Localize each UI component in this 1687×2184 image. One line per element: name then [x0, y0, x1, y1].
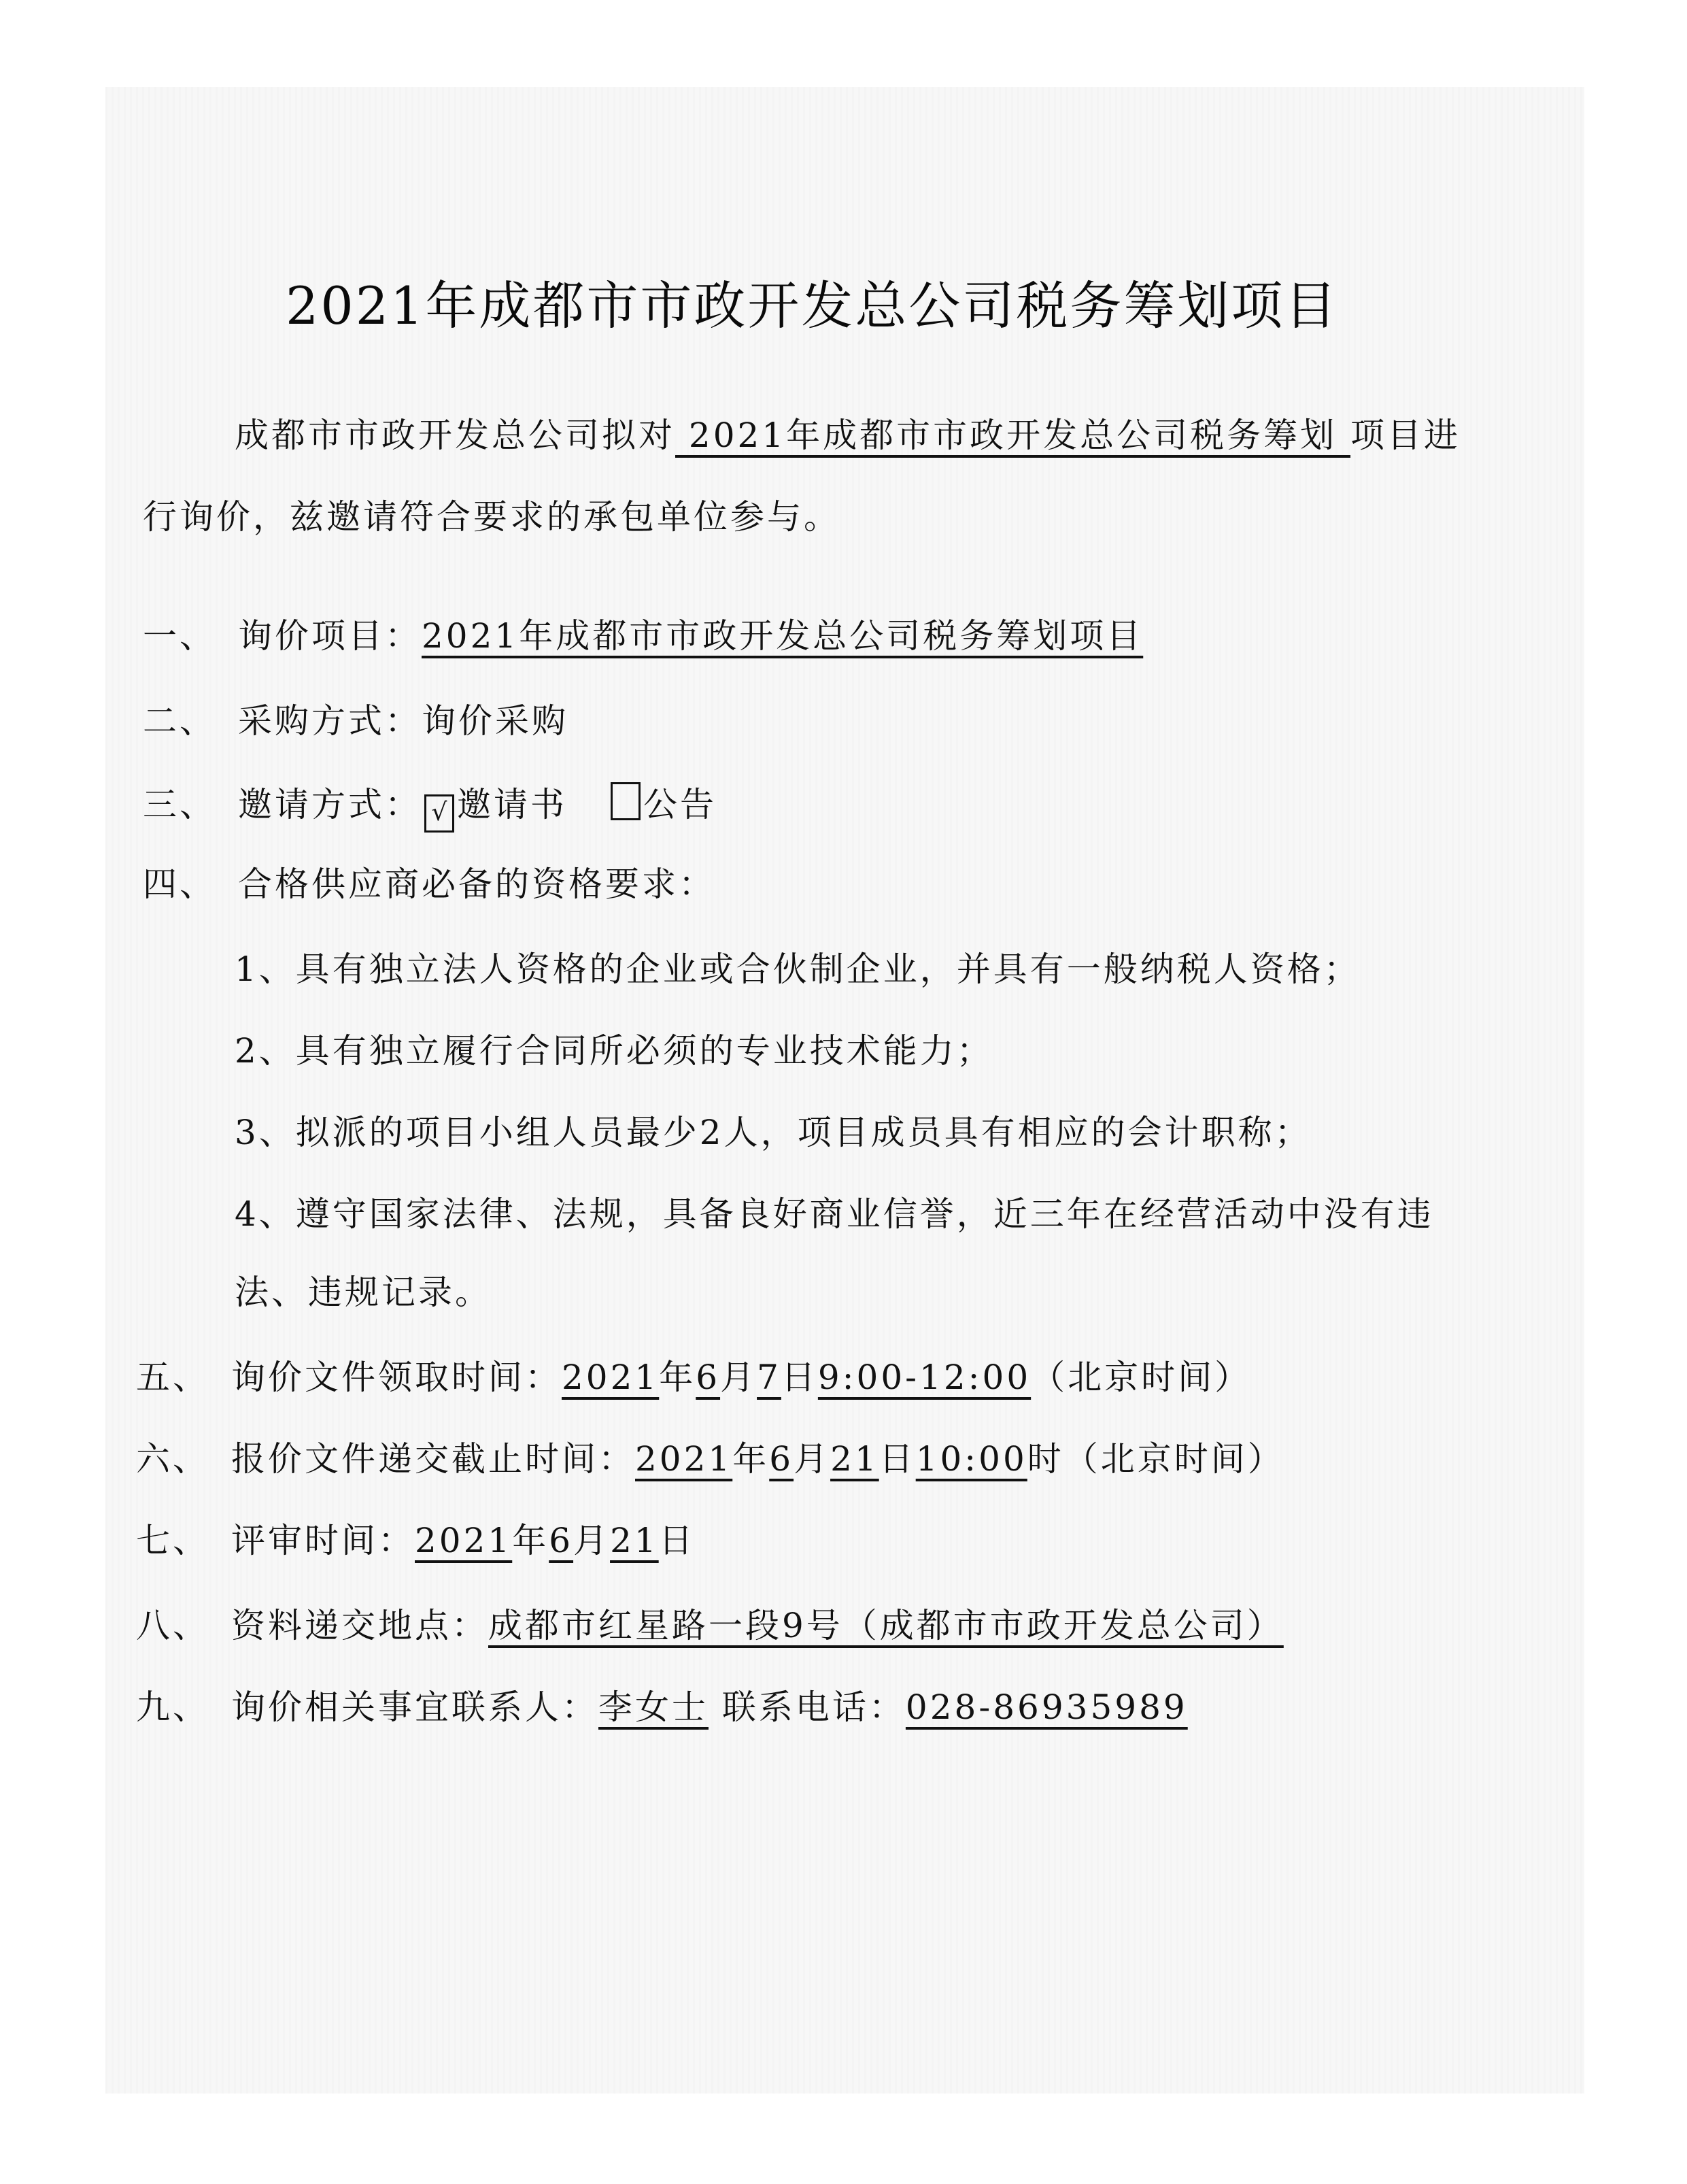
deadline-time: 10:00 [916, 1439, 1027, 1479]
inquiry-project-value: 2021年成都市市政开发总公司税务筹划项目 [422, 616, 1143, 656]
collection-time: 9:00-12:00 [818, 1358, 1031, 1397]
section-document-collection-time: 五、询价文件领取时间：2021年6月7日9:00-12:00（北京时间） [136, 1357, 1251, 1398]
requirement-item-1: 1、具有独立法人资格的企业或合伙制企业，并具有一般纳税人资格； [235, 949, 1361, 990]
month-unit: 月 [720, 1358, 757, 1397]
deadline-year: 2021 [635, 1439, 732, 1479]
section-label: 资料递交地点： [231, 1606, 488, 1645]
deadline-month: 6 [769, 1439, 794, 1479]
collection-year: 2021 [562, 1358, 659, 1397]
section-label: 询价相关事宜联系人： [231, 1687, 598, 1727]
section-label: 采购方式： [238, 701, 422, 741]
section-label: 询价项目： [238, 616, 422, 656]
section-number: 九、 [136, 1687, 231, 1728]
requirement-item-4-cont: 法、违规记录。 [235, 1272, 492, 1313]
day-unit: 日 [781, 1358, 818, 1397]
submission-address: 成都市红星路一段9号（成都市市政开发总公司） [488, 1606, 1284, 1645]
section-submission-location: 八、资料递交地点：成都市红星路一段9号（成都市市政开发总公司） [136, 1605, 1284, 1646]
intro-suffix: 项目进 [1350, 416, 1461, 455]
month-unit: 月 [573, 1521, 610, 1560]
time-unit: 时 [1027, 1439, 1064, 1479]
section-number: 七、 [136, 1520, 231, 1561]
contact-person: 李女士 [598, 1687, 709, 1727]
review-day: 21 [610, 1521, 659, 1560]
year-unit: 年 [512, 1521, 549, 1560]
section-submission-deadline: 六、报价文件递交截止时间：2021年6月21日10:00时（北京时间） [136, 1439, 1284, 1479]
section-number: 八、 [136, 1605, 231, 1646]
contact-phone: 028-86935989 [906, 1687, 1188, 1727]
section-number: 六、 [136, 1439, 231, 1479]
section-contact: 九、询价相关事宜联系人：李女士 联系电话：028-86935989 [136, 1687, 1188, 1728]
intro-line-1: 成都市市政开发总公司拟对 2021年成都市市政开发总公司税务筹划 项目进 [235, 415, 1461, 456]
collection-day: 7 [757, 1358, 781, 1397]
section-number: 一、 [143, 616, 238, 656]
timezone-note: （北京时间） [1064, 1439, 1284, 1479]
section-qualification-requirements: 四、合格供应商必备的资格要求： [143, 864, 715, 905]
document-title: 2021年成都市市政开发总公司税务筹划项目 [286, 275, 1338, 337]
option-announcement-label: 公告 [643, 785, 717, 824]
requirement-item-4: 4、遵守国家法律、法规，具备良好商业信誉，近三年在经营活动中没有违 [235, 1194, 1434, 1234]
section-label: 询价文件领取时间： [231, 1358, 562, 1397]
day-unit: 日 [659, 1521, 696, 1560]
intro-prefix: 成都市市政开发总公司拟对 [235, 416, 675, 455]
section-invitation-method: 三、邀请方式：√邀请书公告 [143, 782, 717, 833]
timezone-note: （北京时间） [1031, 1358, 1251, 1397]
section-label: 邀请方式： [238, 785, 422, 824]
intro-project-name: 2021年成都市市政开发总公司税务筹划 [675, 416, 1350, 455]
requirement-item-2: 2、具有独立履行合同所必须的专业技术能力； [235, 1030, 993, 1071]
month-unit: 月 [794, 1439, 830, 1479]
scanned-page [105, 87, 1584, 2094]
deadline-day: 21 [830, 1439, 879, 1479]
option-invitation-letter-label: 邀请书 [457, 785, 567, 824]
collection-month: 6 [696, 1358, 720, 1397]
procurement-method-value: 询价采购 [422, 701, 568, 741]
requirement-item-3: 3、拟派的项目小组人员最少2人，项目成员具有相应的会计职称； [235, 1112, 1312, 1153]
section-label: 评审时间： [231, 1521, 415, 1560]
section-procurement-method: 二、采购方式：询价采购 [143, 701, 568, 741]
section-inquiry-project: 一、询价项目：2021年成都市市政开发总公司税务筹划项目 [143, 616, 1143, 656]
checkbox-announcement[interactable] [611, 782, 641, 820]
section-number: 五、 [136, 1357, 231, 1398]
year-unit: 年 [659, 1358, 696, 1397]
section-label: 报价文件递交截止时间： [231, 1439, 635, 1479]
day-unit: 日 [879, 1439, 916, 1479]
review-year: 2021 [415, 1521, 512, 1560]
checkbox-invitation-letter[interactable]: √ [424, 794, 454, 833]
intro-line-2: 行询价，兹邀请符合要求的承包单位参与。 [143, 497, 840, 537]
review-month: 6 [549, 1521, 573, 1560]
phone-label: 联系电话： [722, 1687, 906, 1727]
section-label: 合格供应商必备的资格要求： [238, 864, 715, 904]
year-unit: 年 [732, 1439, 769, 1479]
section-number: 四、 [143, 864, 238, 905]
section-review-time: 七、评审时间：2021年6月21日 [136, 1520, 696, 1561]
section-number: 二、 [143, 701, 238, 741]
section-number: 三、 [143, 784, 238, 825]
